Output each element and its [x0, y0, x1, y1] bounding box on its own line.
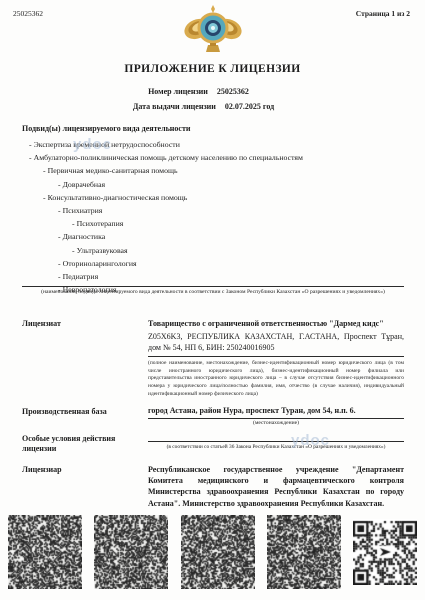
datamatrix-code — [181, 515, 255, 589]
subtype-item: -Психотерапия — [22, 217, 404, 230]
production-base-value: город Астана, район Нура, проспект Туран… — [148, 406, 404, 419]
licensor-block: Республиканское государственное учрежден… — [148, 464, 404, 509]
special-conditions-rule: (в соответствии со статьей 36 Закона Рес… — [148, 441, 404, 451]
subtype-item: -Диагностика — [22, 230, 404, 243]
page-title: ПРИЛОЖЕНИЕ К ЛИЦЕНЗИИ — [0, 63, 425, 75]
production-base-label: Производственная база — [22, 407, 144, 417]
subtypes-list: -Экспертиза временной нетрудоспособности… — [22, 138, 404, 296]
subtype-item: -Амбулаторно-поликлиническая помощь детс… — [22, 151, 404, 164]
document-number: 25025362 — [13, 9, 43, 18]
production-base-block: город Астана, район Нура, проспект Туран… — [148, 406, 404, 427]
barcode-row — [8, 514, 417, 590]
production-base-caption: (местонахождение) — [148, 420, 404, 427]
license-number-line: Номер лицензии25025362 — [0, 87, 411, 96]
kazakhstan-emblem-icon — [184, 5, 242, 53]
license-date-value: 02.07.2025 год — [225, 102, 274, 111]
subtype-item: -Экспертиза временной нетрудоспособности — [22, 138, 404, 151]
licensee-caption: (полное наименование, местонахождение, б… — [148, 360, 404, 399]
licensee-address: Z05X6K3, РЕСПУБЛИКА КАЗАХСТАН, Г.АСТАНА,… — [148, 331, 404, 353]
licensee-block: Товарищество с ограниченной ответственно… — [148, 318, 404, 353]
licensee-label: Лицензиат — [22, 319, 144, 329]
subtype-item: -Оториноларингология — [22, 257, 404, 270]
subtype-item: -Доврачебная — [22, 178, 404, 191]
licensor-label: Лицензиар — [22, 465, 144, 475]
datamatrix-code — [267, 515, 341, 589]
license-date-label: Дата выдачи лицензии — [133, 102, 216, 111]
divider-line — [22, 286, 404, 287]
datamatrix-code — [8, 515, 82, 589]
license-appendix-page: 25025362 Страница 1 из 2 ПРИЛОЖЕНИЕ К ЛИ… — [0, 0, 425, 600]
qr-code — [353, 519, 417, 585]
subtypes-caption: (наименование подвида лицензируемого вид… — [22, 289, 404, 296]
licensor-text: Республиканское государственное учрежден… — [148, 464, 404, 509]
license-number-value: 25025362 — [217, 87, 249, 96]
license-date-line: Дата выдачи лицензии02.07.2025 год — [0, 102, 416, 111]
special-conditions-label: Особые условия действия лицензии — [22, 434, 144, 453]
subtype-item: -Первичная медико-санитарная помощь — [22, 164, 404, 177]
subtype-item: -Педиатрия — [22, 270, 404, 283]
special-conditions-caption: (в соответствии со статьей 36 Закона Рес… — [148, 444, 404, 451]
subtype-item: -Психиатрия — [22, 204, 404, 217]
page-indicator: Страница 1 из 2 — [356, 9, 410, 18]
subtype-item: -Консультативно-диагностическая помощь — [22, 191, 404, 204]
subtypes-heading: Подвид(ы) лицензируемого вида деятельнос… — [22, 124, 191, 133]
datamatrix-code — [94, 515, 168, 589]
licensee-name: Товарищество с ограниченной ответственно… — [148, 318, 404, 329]
license-number-label: Номер лицензии — [148, 87, 208, 96]
special-conditions-block: (в соответствии со статьей 36 Закона Рес… — [148, 441, 404, 451]
subtype-item: -Ультразвуковая — [22, 244, 404, 257]
divider-line — [148, 356, 404, 357]
